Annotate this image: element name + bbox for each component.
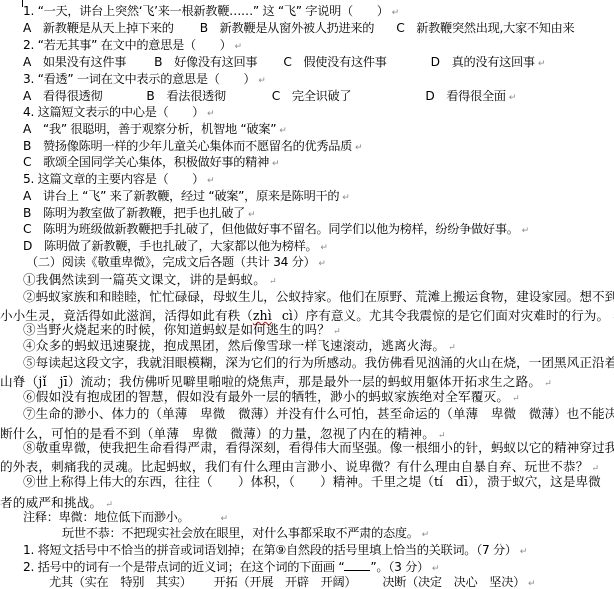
option-b[interactable]: B 好像没有这回事	[154, 55, 257, 69]
word-options-2[interactable]: （开展 开辟 开阔）	[237, 575, 356, 589]
paragraph-mark-icon: ↵	[392, 8, 399, 18]
paragraph-mark-icon: ↵	[592, 464, 600, 474]
option-c[interactable]: C 完全识破了	[272, 89, 352, 103]
passage-paragraph-1: ①我偶然读到一篇英文课文，讲的是蚂蚁。↵	[23, 272, 277, 290]
option-a[interactable]: A 新教鞭是从天上掉下来的	[23, 21, 174, 35]
paragraph-mark-icon: ↵	[320, 243, 327, 253]
question-3-stem: 3. “看透” 一词在文中表示的意思是（ ）↵	[23, 71, 266, 89]
paragraph-mark-icon: ↵	[538, 59, 545, 69]
word-options-3[interactable]: （决定 决心 坚决）	[406, 575, 525, 589]
question-5-option-a[interactable]: A 讲台上 “飞” 来了新教鞭，经过 “破案”，原来是陈明干的↵	[23, 188, 349, 206]
paragraph-mark-icon: ↵	[522, 226, 529, 236]
paragraph-mark-icon: ↵	[432, 564, 439, 574]
option-c[interactable]: C 假使没有这件事	[283, 55, 386, 69]
paragraph-mark-icon: ↵	[422, 530, 429, 540]
paragraph-mark-icon: ↵	[220, 514, 227, 524]
passage-paragraph-6: ⑥假如没有抱成团的智慧，假如没有最外一层的牺牲，渺小的蚂蚁家族绝对全军覆灭。↵	[23, 389, 520, 407]
paragraph-mark-icon: ↵	[448, 343, 456, 353]
underline-blank[interactable]	[344, 559, 370, 571]
paragraph-mark-icon: ↵	[512, 394, 520, 404]
dotted-word-3: 决断	[382, 575, 406, 589]
option-d[interactable]: D 真的没有这回事	[431, 55, 535, 69]
paragraph-mark-icon: ↵	[528, 579, 535, 589]
paragraph-mark-icon: ↵	[279, 126, 286, 136]
option-b[interactable]: B 新教鞭是从窗外被人扔进来的	[200, 21, 375, 35]
paragraph-mark-icon: ↵	[207, 109, 214, 119]
option-c[interactable]: C 新教鞭突然出现,大家不知由来	[396, 21, 574, 35]
question-4-stem: 4. 这篇短文表示的中心是（ ）↵	[23, 104, 214, 122]
option-b[interactable]: B 看法很透彻	[146, 89, 225, 103]
passage-paragraph-2-line-1: ②蚂蚁家族和和睦睦，忙忙碌碌，母蚁生儿，公蚁持家。他们在原野、荒滩上搬运食物，建…	[23, 289, 614, 305]
paragraph-mark-icon: ↵	[258, 76, 265, 86]
question-1-stem: 1. “一天，讲台上突然‘飞’来一根新教鞭……” 这 “飞” 字说明（ ）↵	[23, 3, 399, 21]
question-2-options: A 如果没有这件事B 好像没有这回事C 假使没有这件事D 真的没有这回事↵	[23, 54, 545, 72]
pinyin-option-ci[interactable]: cì	[282, 308, 293, 323]
passage-paragraph-7-line-1: ⑦生命的渺小、体力的（单薄 卑微 微薄）并没有什么可怕，甚至命运的（单薄 卑微 …	[23, 406, 614, 422]
question-5-stem: 5. 这篇文章的主要内容是（ ）↵	[23, 171, 214, 189]
option-a[interactable]: A 看得很透彻	[23, 89, 102, 103]
paragraph-mark-icon: ↵	[318, 259, 325, 269]
dotted-word-1: 尤其	[49, 575, 73, 589]
section-2-heading: （二）阅读《敬重卑微》，完成文后各题（共计 34 分）↵	[26, 254, 326, 272]
question-4-option-a[interactable]: A “我” 很聪明，善于观察分析，机智地 “破案”↵	[23, 121, 286, 139]
paragraph-mark-icon: ↵	[509, 93, 516, 103]
passage-paragraph-4: ④众多的蚂蚁迅速聚拢，抱成黑团，然后像雪球一样飞速滚动，逃离火海。↵	[23, 338, 456, 356]
passage-paragraph-5-line-1: ⑤每读起这段文字，我就泪眼模糊，深为它们的行为所感动。我仿佛看见汹涌的火山在烧，…	[23, 355, 614, 371]
paragraph-mark-icon: ↵	[342, 193, 349, 203]
paragraph-mark-icon: ↵	[355, 143, 362, 153]
option-a[interactable]: A 如果没有这件事	[23, 55, 126, 69]
paragraph-mark-icon: ↵	[248, 210, 255, 220]
paragraph-mark-icon: ↵	[333, 327, 341, 337]
paragraph-mark-icon: ↵	[269, 277, 277, 287]
pinyin-options-ji[interactable]: （jǐ jī）	[26, 374, 81, 389]
paragraph-mark-icon: ↵	[235, 42, 242, 52]
option-d[interactable]: D 看得很全面	[425, 89, 505, 103]
passage-paragraph-9-line-1: ⑨世上称得上伟大的东西，往往（ ）体积，（ ）精神。千里之堤（tí dī），溃于…	[23, 474, 601, 490]
paragraph-mark-icon: ↵	[207, 176, 214, 186]
paragraph-mark-icon: ↵	[544, 379, 552, 389]
paragraph-mark-icon: ↵	[272, 159, 279, 169]
pinyin-option-zhi[interactable]: zhì	[253, 308, 272, 323]
note-2: 玩世不恭：不把现实社会放在眼里，对什么事都采取不严肃的态度。↵	[62, 525, 429, 543]
paragraph-mark-icon: ↵	[520, 547, 527, 557]
word-groups-row: 尤其（实在 特别 其实）开拓（开展 开辟 开阔）决断（决定 决心 坚决）↵	[49, 574, 535, 589]
question-4-option-c[interactable]: C 歌颂全国同学关心集体，积极做好事的精神↵	[23, 154, 279, 172]
section-2-question-1: 1. 将短文括号中不恰当的拼音或词语划掉；在第⑨自然段的括号里填上恰当的关联词。…	[23, 542, 527, 560]
dotted-word-2: 开拓	[214, 575, 238, 589]
word-options-1[interactable]: （实在 特别 其实）	[73, 575, 192, 589]
question-5-option-c[interactable]: C 陈明为班级做新教鞭把手扎破了，但他做好事不留名。同学们以他为榜样，纷纷争做好…	[23, 221, 529, 239]
question-1-options: A 新教鞭是从天上掉下来的B 新教鞭是从窗外被人扔进来的C 新教鞭突然出现,大家…	[23, 20, 614, 36]
passage-paragraph-8-line-1: ⑧敬重卑微，使我把生命看得严肃，看得深刻，看得伟大而坚强。像一根细小的针，蚂蚁以…	[23, 440, 614, 456]
question-2-stem: 2. “若无其事” 在文中的意思是（ ）↵	[23, 37, 242, 55]
